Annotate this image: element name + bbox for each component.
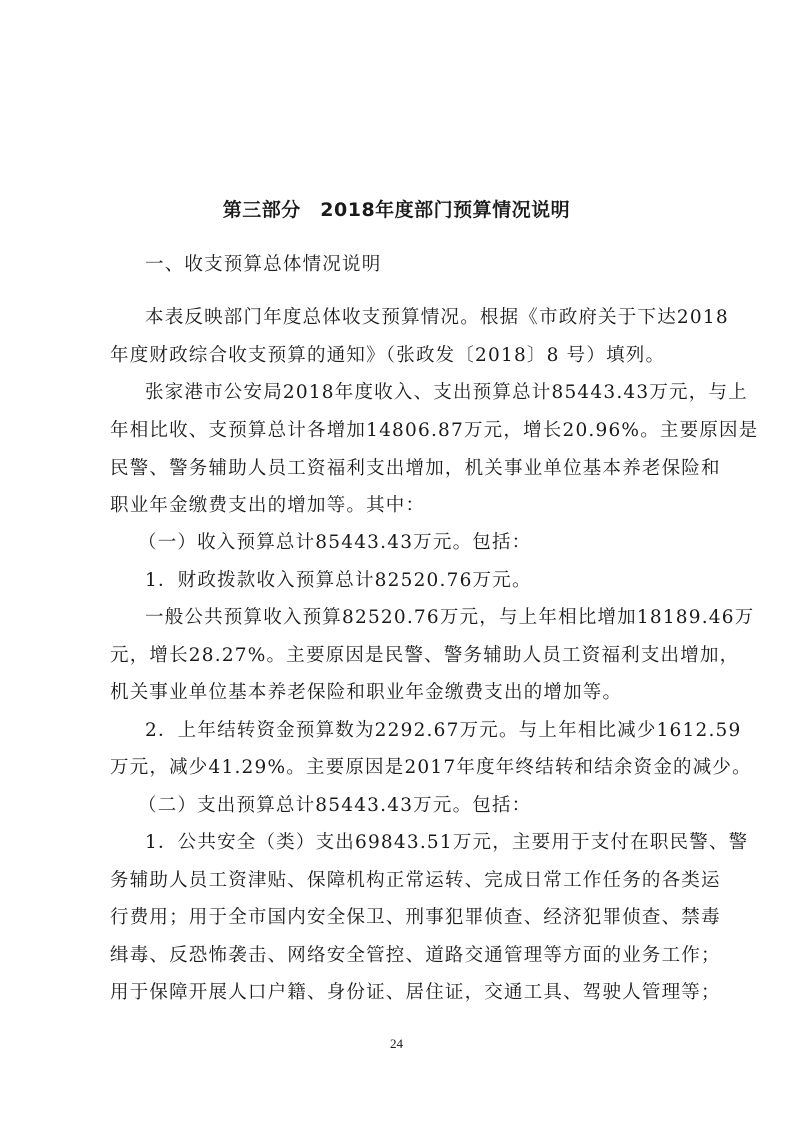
- paragraph-line: 缉毒、反恐怖袭击、网络安全管控、道路交通管理等方面的业务工作；: [110, 941, 695, 967]
- paragraph-line: 民警、警务辅助人员工资福利支出增加，机关事业单位基本养老保险和: [110, 454, 695, 480]
- paragraph-line: 万元，减少41.29%。主要原因是2017年度年终结转和结余资金的减少。: [110, 753, 695, 779]
- paragraph-line: 机关事业单位基本养老保险和职业年金缴费支出的增加等。: [110, 678, 695, 704]
- subheading-expenditure: （二）支出预算总计85443.43万元。包括：: [138, 791, 723, 817]
- paragraph-line: 年度财政综合收支预算的通知》（张政发〔2018〕8 号）填列。: [110, 341, 695, 367]
- paragraph-line: 1．财政拨款收入预算总计82520.76万元。: [145, 566, 730, 592]
- paragraph-line: 务辅助人员工资津贴、保障机构正常运转、完成日常工作任务的各类运: [110, 866, 695, 892]
- section-title: 第三部分 2018年度部门预算情况说明: [0, 195, 793, 222]
- paragraph-line: 用于保障开展人口户籍、身份证、居住证，交通工具、驾驶人管理等；: [110, 978, 695, 1004]
- paragraph-line: 张家港市公安局2018年度收入、支出预算总计85443.43万元，与上: [145, 378, 730, 404]
- paragraph-line: 一般公共预算收入预算82520.76万元，与上年相比增加18189.46万: [145, 603, 730, 629]
- page-number: 24: [0, 1036, 793, 1052]
- paragraph-line: 年相比收、支预算总计各增加14806.87万元，增长20.96%。主要原因是: [110, 416, 695, 442]
- paragraph-line: 1．公共安全（类）支出69843.51万元，主要用于支付在职民警、警: [145, 828, 730, 854]
- paragraph-line: 元，增长28.27%。主要原因是民警、警务辅助人员工资福利支出增加，: [110, 641, 695, 667]
- paragraph-line: 2．上年结转资金预算数为2292.67万元。与上年相比减少1612.59: [145, 716, 730, 742]
- paragraph-line: 行费用；用于全市国内安全保卫、刑事犯罪侦查、经济犯罪侦查、禁毒: [110, 903, 695, 929]
- heading-1: 一、收支预算总体情况说明: [145, 250, 730, 276]
- paragraph-line: 本表反映部门年度总体收支预算情况。根据《市政府关于下达2018: [145, 303, 730, 329]
- paragraph-line: 职业年金缴费支出的增加等。其中：: [110, 491, 695, 517]
- subheading-income: （一）收入预算总计85443.43万元。包括：: [138, 528, 723, 554]
